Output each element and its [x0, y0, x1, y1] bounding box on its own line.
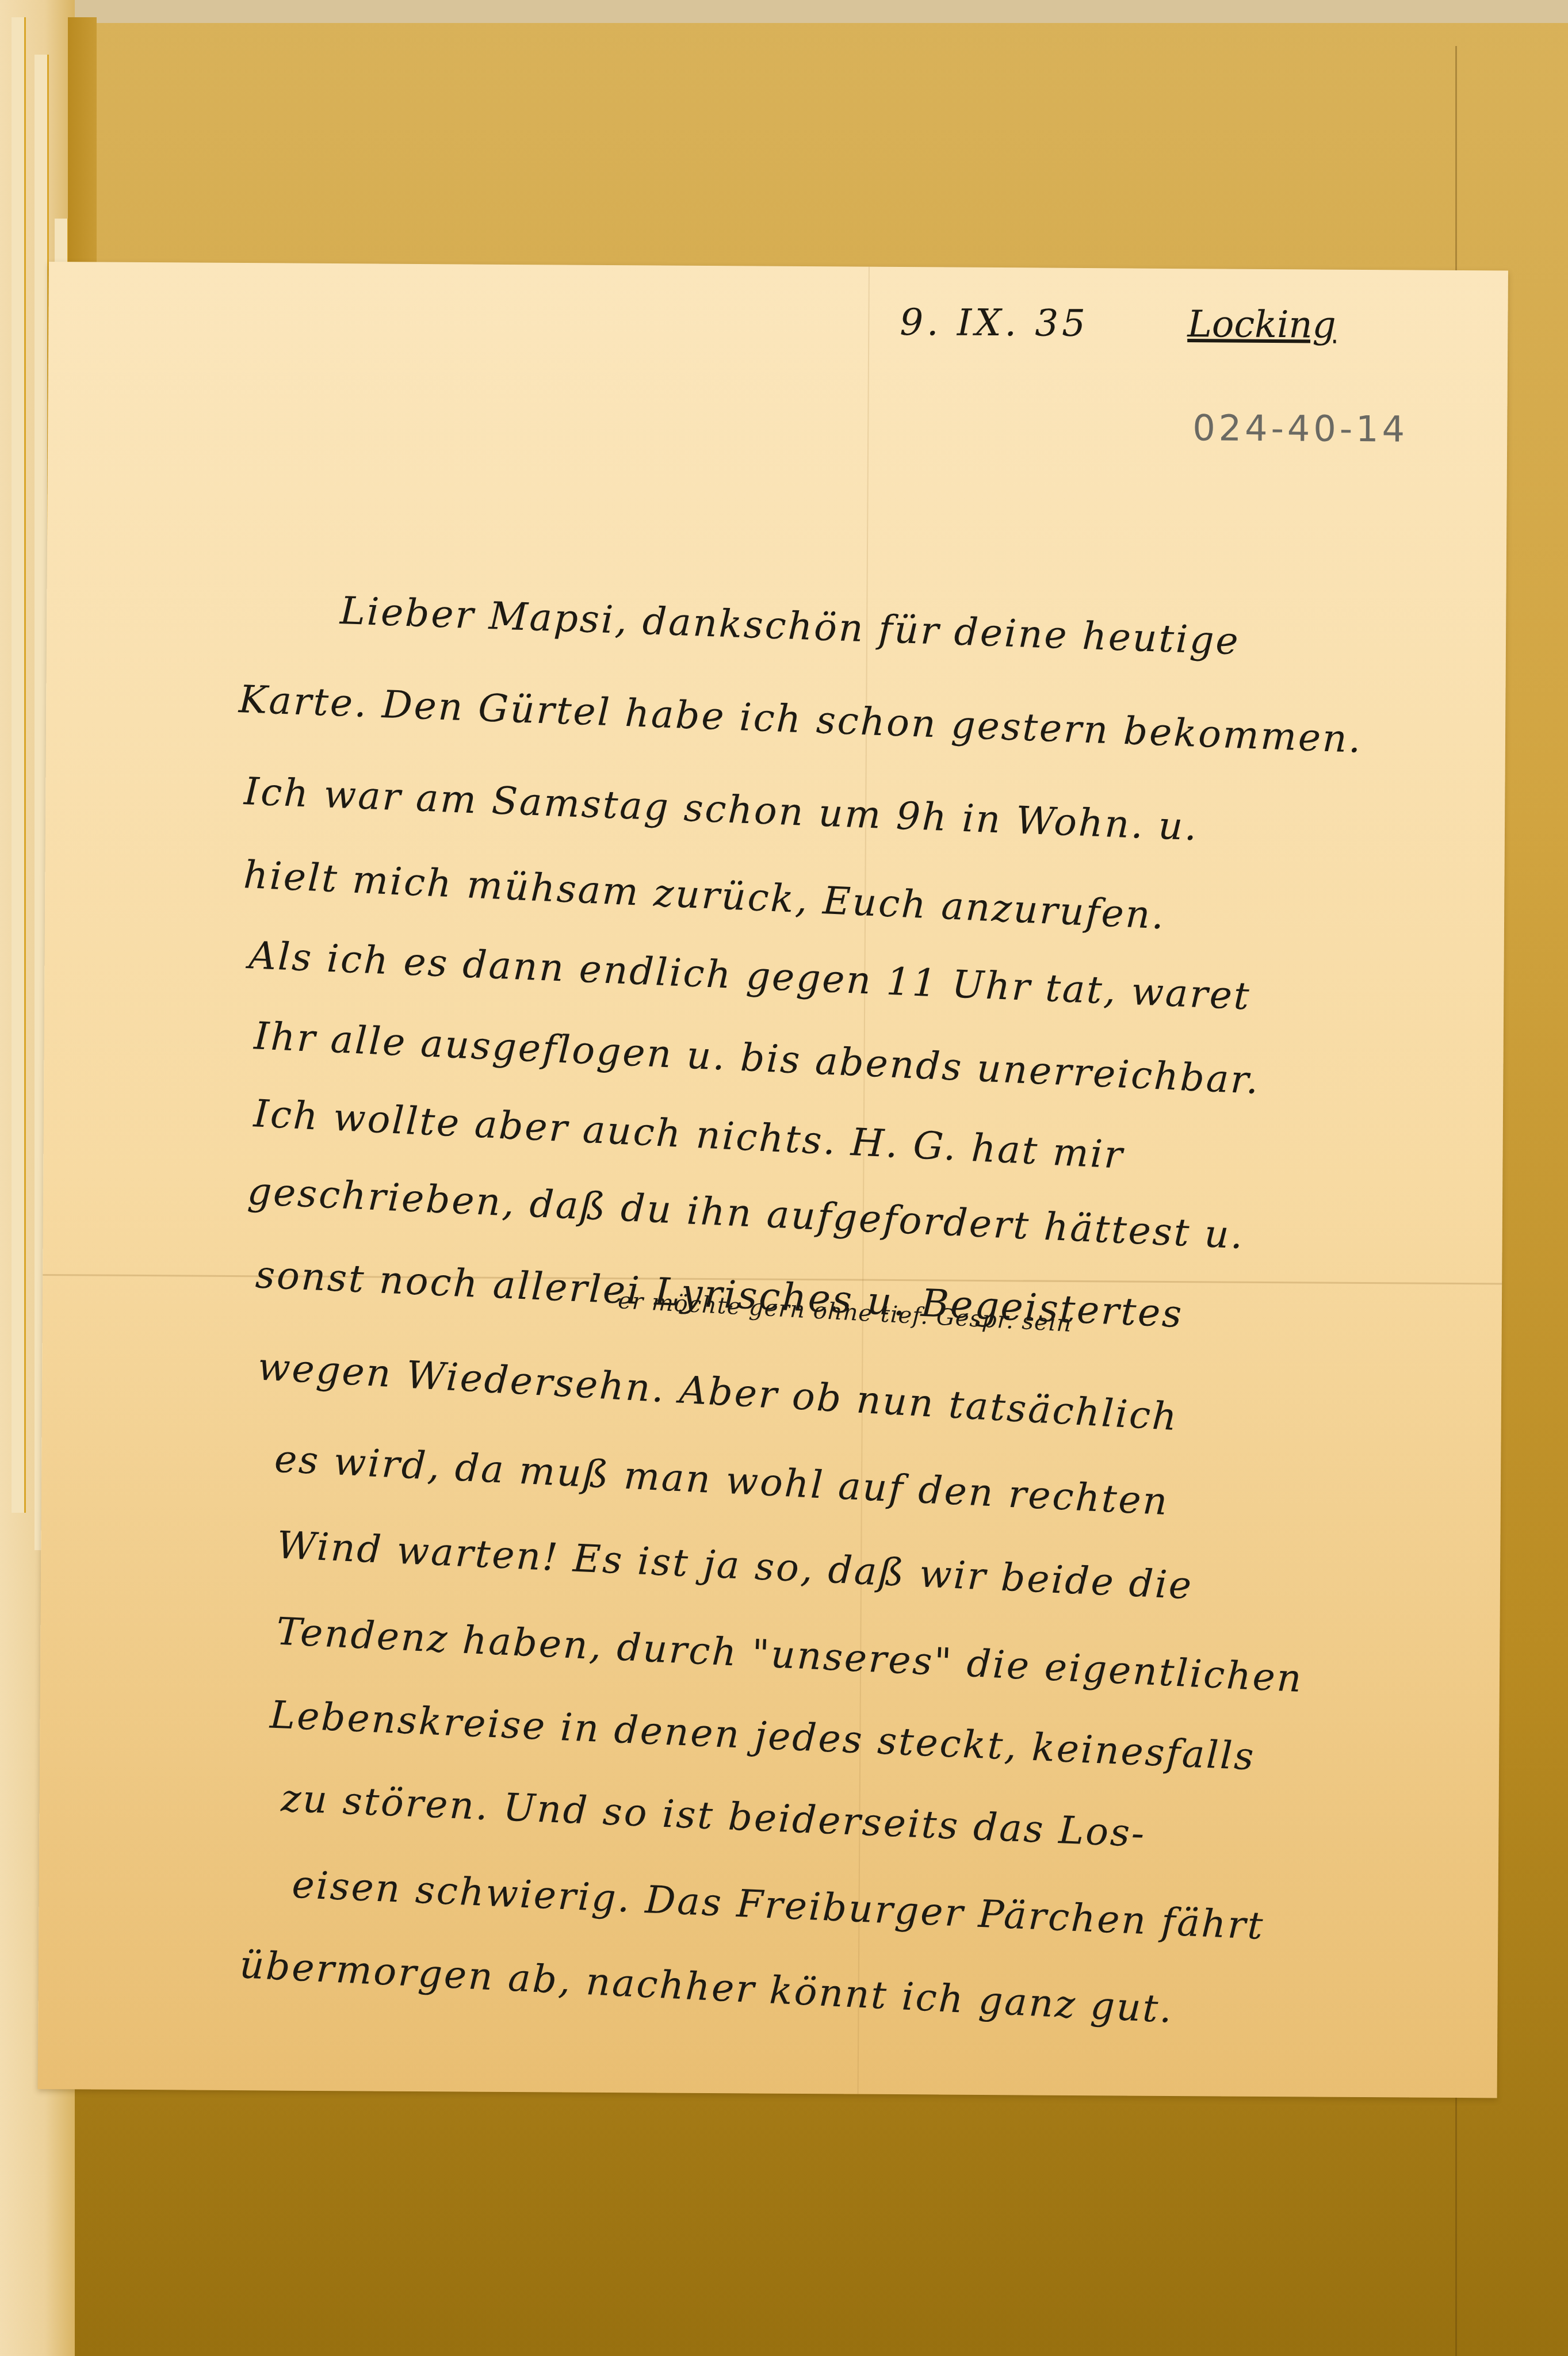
table-surface — [66, 0, 1568, 23]
body-line: Lebenskreise in denen jedes steckt, kein… — [269, 1692, 1256, 1779]
letter-page: 9. IX. 35 Locking 024-40-14 Lieber Mapsi… — [38, 262, 1508, 2098]
body-line: es wird, da muß man wohl auf den rechten — [273, 1436, 1169, 1524]
letter-date: 9. IX. 35 — [900, 301, 1089, 345]
stack-sheet — [12, 17, 26, 1513]
body-line: übermorgen ab, nachher könnt ich ganz gu… — [239, 1942, 1175, 2032]
body-line: eisen schwierig. Das Freiburger Pärchen … — [291, 1862, 1265, 1948]
body-line: Tendenz haben, durch "unseres" die eigen… — [276, 1609, 1304, 1701]
body-line: Ich war am Samstag schon um 9h in Wohn. … — [243, 769, 1199, 849]
body-line: Als ich es dann endlich gegen 11 Uhr tat… — [248, 933, 1252, 1018]
body-line: Wind warten! Es ist ja so, daß wir beide… — [276, 1523, 1194, 1608]
body-line: hielt mich mühsam zurück, Euch anzurufen… — [243, 852, 1167, 938]
body-line: Karte. Den Gürtel habe ich schon gestern… — [238, 677, 1363, 762]
body-line: Lieber Mapsi, dankschön für deine heutig… — [339, 588, 1241, 663]
body-line: Ihr alle ausgeflogen u. bis abends unerr… — [253, 1013, 1261, 1103]
body-line: Ich wollte aber auch nichts. H. G. hat m… — [253, 1091, 1125, 1177]
body-line: geschrieben, daß du ihn aufgefordert hät… — [246, 1169, 1245, 1257]
archive-number: 024-40-14 — [1192, 407, 1408, 450]
letter-place: Locking — [1187, 303, 1336, 347]
body-line: zu stören. Und so ist beiderseits das Lo… — [280, 1776, 1147, 1856]
body-line: wegen Wiedersehn. Aber ob nun tatsächlic… — [257, 1344, 1179, 1439]
